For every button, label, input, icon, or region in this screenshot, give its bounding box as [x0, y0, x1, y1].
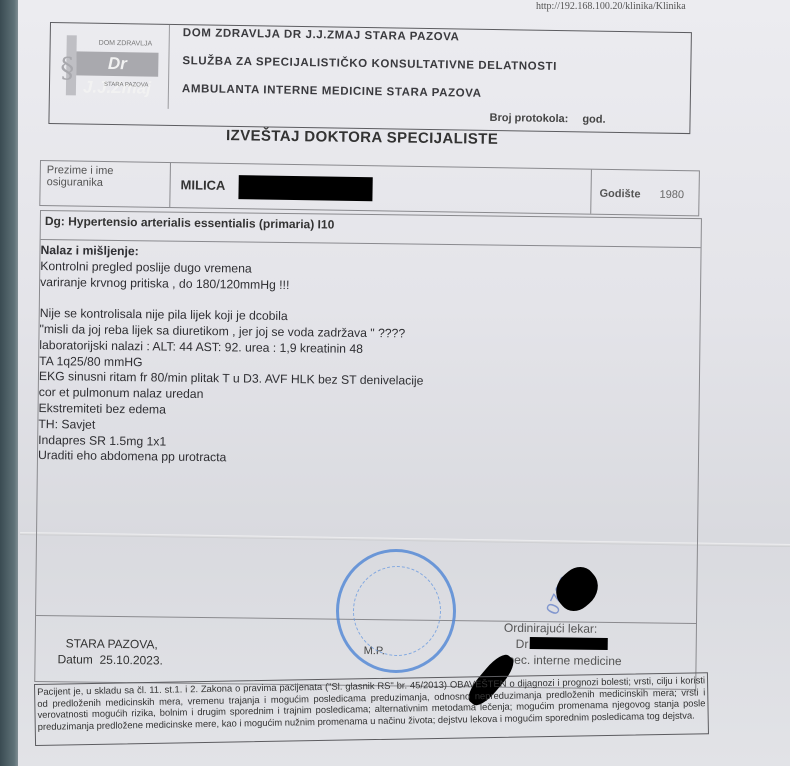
- patient-name-label: Prezime i ime osiguranika: [40, 161, 171, 207]
- caduceus-icon: §: [60, 51, 75, 84]
- findings-line: Uraditi eho abdomena pp urotracta: [38, 448, 423, 468]
- doctor-label: Ordinirajući lekar:: [504, 621, 598, 636]
- city: STARA PAZOVA,: [66, 636, 158, 651]
- report-date: Datum 25.10.2023.: [57, 652, 163, 667]
- date-value: 25.10.2023.: [99, 653, 163, 668]
- logo-top-text: DOM ZDRAVLJA: [99, 40, 153, 48]
- logo-bottom-text: STARA PAZOVA: [104, 82, 148, 89]
- department-name: AMBULANTA INTERNE MEDICINE STARA PAZOVA: [182, 83, 482, 100]
- redaction-doctor-name: [530, 637, 608, 650]
- institution-logo: § DOM ZDRAVLJA Dr J.J.Zmaj STARA PAZOVA: [50, 23, 170, 109]
- doctor-title: spec. interne medicine: [501, 653, 621, 668]
- redaction-surname: [238, 175, 372, 201]
- institution-header: § DOM ZDRAVLJA Dr J.J.Zmaj STARA PAZOVA …: [48, 22, 692, 134]
- birth-year-label: Godište: [599, 188, 640, 201]
- patient-first-name: MILICA: [181, 177, 226, 193]
- patient-rights-notice: Pacijent je, u skladu sa čl. 11. st.1. i…: [34, 672, 709, 746]
- diagnosis-text: Dg: Hypertensio arterialis essentialis (…: [45, 214, 335, 232]
- stamp-inner-ring: [353, 566, 441, 656]
- date-label: Datum: [57, 652, 93, 666]
- doctor-prefix: Dr: [516, 637, 529, 651]
- institution-name: DOM ZDRAVLJA DR J.J.ZMAJ STARA PAZOVA: [183, 27, 460, 43]
- print-url: http://192.168.100.20/klinika/Klinika: [536, 1, 686, 12]
- protocol-label: Broj protokola:: [489, 112, 568, 125]
- protocol-number: Broj protokola:god.: [489, 112, 605, 126]
- diagnosis-row: Dg: Hypertensio arterialis essentialis (…: [41, 211, 701, 248]
- birth-year-value: 1980: [659, 189, 684, 201]
- findings-section: Nalaz i mišljenje: Kontrolni pregled pos…: [38, 243, 425, 469]
- birth-year-cell: Godište 1980: [590, 170, 700, 216]
- service-name: SLUŽBA ZA SPECIJALISTIČKO KONSULTATIVNE …: [182, 55, 557, 73]
- protocol-year: god.: [582, 113, 605, 125]
- round-stamp-icon: [336, 549, 456, 673]
- logo-main-text: Dr J.J.Zmaj: [76, 51, 158, 76]
